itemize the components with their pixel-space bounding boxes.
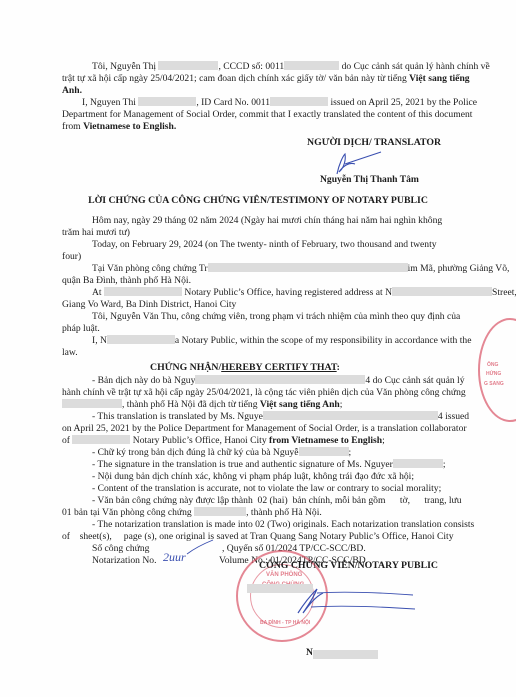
office-vn-line-1: Tại Văn phòng công chứng Trim Mã, phường…	[92, 263, 509, 275]
item1-en-line-3: of Notary Public’s Office, Hanoi City fr…	[62, 435, 385, 447]
text: Notary Public’s Office, having registere…	[182, 287, 392, 298]
text: - The signature in the translation is tr…	[92, 459, 393, 470]
translator-en-line-1: I, Nguyen Thi , ID Card No. 0011 issued …	[82, 97, 477, 109]
text: trật tự xã hội cấp ngày 25/04/2021; cam …	[62, 73, 409, 84]
redacted-address	[392, 287, 492, 296]
redacted-name	[393, 459, 443, 468]
redacted-name	[158, 61, 218, 70]
text: , thành phố Hà Nội.	[246, 507, 322, 518]
text: of	[62, 435, 72, 446]
text: 4 issued	[438, 411, 469, 422]
notarization-no-label: Notarization No.	[92, 555, 156, 567]
redacted-office	[104, 287, 182, 296]
notary-signature-icon	[295, 585, 420, 620]
redacted-id	[284, 61, 339, 70]
item4-vn-line-2: 01 bản tại Văn phòng công chứng , thành …	[62, 507, 322, 519]
text: - Chữ ký trong bản dịch đúng là chữ ký c…	[92, 447, 299, 458]
text: 4 do Cục cảnh sát quản lý	[365, 375, 464, 386]
office-en-line-1: At Notary Public’s Office, having regist…	[92, 287, 516, 299]
item1-vn-line-2: hành chính về trật tự xã hội cấp ngày 25…	[62, 387, 466, 399]
edge-seal-icon	[478, 318, 516, 422]
text: HEREBY CERTIFY THAT	[221, 362, 336, 373]
text: ;	[382, 435, 385, 446]
notary-vn-line-1: Tôi, Nguyễn Văn Thu, công chứng viên, tr…	[92, 311, 460, 323]
text: ;	[349, 447, 352, 458]
item4-vn-line-1: - Văn bản công chứng này được lập thành …	[92, 495, 462, 507]
redacted-name	[195, 375, 365, 384]
item1-vn-line-3: , thành phố Hà Nội đã dịch từ tiếng Việt…	[62, 399, 342, 411]
redacted-office	[72, 435, 130, 444]
edge-seal-text: ÔNG	[487, 362, 498, 368]
notary-vn-line-2: pháp luật.	[62, 323, 100, 335]
item1-en-line-2: on April 25, 2021 by the Police Departme…	[62, 423, 467, 435]
date-vn-line-2: trăm hai mươi tư)	[62, 227, 130, 239]
text: do Cục cảnh sát quản lý hành chính về	[339, 61, 490, 72]
item2-en: - The signature in the translation is tr…	[92, 459, 446, 471]
text: Vietnamese to English.	[83, 121, 176, 132]
redacted-notary-name	[313, 650, 378, 659]
notary-heading: CÔNG CHỨNG VIÊN/NOTARY PUBLIC	[259, 560, 438, 572]
redacted-id	[270, 97, 328, 106]
text: At	[92, 287, 104, 298]
seal-ring-text: BA ĐÌNH - TP HÀ NỘI	[260, 620, 310, 626]
translator-en-line-2: Department for Management of Social Orde…	[62, 109, 472, 121]
text: :	[337, 362, 340, 373]
translator-heading: NGƯỜI DỊCH/ TRANSLATOR	[307, 137, 441, 149]
text: Street,	[492, 287, 516, 298]
redacted-office	[208, 263, 408, 272]
text: a Notary Public, within the scope of my …	[175, 335, 472, 346]
document-page: Tôi, Nguyễn Thị , CCCD số: 0011 do Cục c…	[0, 0, 516, 697]
text: from Vietnamese to English	[269, 435, 382, 446]
text: Việt sang tiếng Anh	[260, 399, 340, 410]
item3-vn: - Nội dung bản dịch chính xác, không vi …	[92, 471, 414, 483]
office-en-line-2: Giang Vo Ward, Ba Dinh District, Hanoi C…	[62, 299, 236, 311]
text: Tôi, Nguyễn Thị	[92, 61, 158, 72]
text: ;	[443, 459, 446, 470]
testimony-title: LỜI CHỨNG CỦA CÔNG CHỨNG VIÊN/TESTIMONY …	[0, 195, 516, 207]
translator-en-line-3: from Vietnamese to English.	[62, 121, 176, 133]
date-en-line-1: Today, on February 29, 2024 (on The twen…	[92, 239, 437, 251]
notary-en-line-1: I, Na Notary Public, within the scope of…	[92, 335, 471, 347]
redacted-name	[263, 411, 438, 420]
redacted-name	[138, 97, 196, 106]
redacted-name	[107, 335, 175, 344]
text: I, Nguyen Thi	[82, 97, 138, 108]
translator-vn-line-1: Tôi, Nguyễn Thị , CCCD số: 0011 do Cục c…	[92, 61, 490, 73]
text: Việt sang tiếng	[409, 73, 469, 84]
translator-name: Nguyễn Thị Thanh Tâm	[320, 174, 419, 186]
item4-en-line-1: - The notarization translation is made i…	[92, 519, 474, 531]
text: ;	[340, 399, 343, 410]
translator-vn-line-3: Anh.	[62, 85, 82, 97]
so-cong-chung-label: Số công chứng	[92, 543, 149, 555]
text: , ID Card No. 0011	[196, 97, 270, 108]
certify-heading: CHỨNG NHẬN/HEREBY CERTIFY THAT:	[150, 362, 340, 374]
item3-en: - Content of the translation is accurate…	[92, 483, 441, 495]
date-en-line-2: four)	[62, 251, 81, 263]
edge-seal-text: G SANG	[484, 381, 504, 387]
text: from	[62, 121, 83, 132]
item1-vn-line-1: - Bản dịch này do bà Nguy4 do Cục cảnh s…	[92, 375, 465, 387]
text: 01 bản tại Văn phòng công chứng	[62, 507, 194, 518]
item2-vn: - Chữ ký trong bản dịch đúng là chữ ký c…	[92, 447, 351, 459]
notarization-no-handwritten: 2uur	[163, 551, 186, 563]
text: Notary Public’s Office, Hanoi City	[130, 435, 269, 446]
text: , CCCD số: 0011	[218, 61, 284, 72]
office-vn-line-2: quận Ba Đình, thành phố Hà Nội.	[62, 275, 191, 287]
redacted-office	[62, 399, 122, 408]
text: I, N	[92, 335, 107, 346]
date-vn-line-1: Hôm nay, ngày 29 tháng 02 năm 2024 (Ngày…	[92, 215, 442, 227]
text: issued on April 25, 2021 by the Police	[328, 97, 477, 108]
edge-seal-text: HỨNG	[486, 371, 501, 377]
text: Tại Văn phòng công chứng Tr	[92, 263, 208, 274]
text: CHỨNG NHẬN/	[150, 362, 221, 373]
text: - Bản dịch này do bà Nguy	[92, 375, 195, 386]
item4-en-line-2: of sheet(s), page (s), one original is s…	[62, 531, 454, 543]
seal-text: VĂN PHÒNG	[266, 572, 302, 578]
redacted-office	[194, 507, 246, 516]
item1-en-line-1: - This translation is translated by Ms. …	[92, 411, 469, 423]
notary-en-line-2: law.	[62, 347, 78, 359]
translator-vn-line-2: trật tự xã hội cấp ngày 25/04/2021; cam …	[62, 73, 470, 85]
notary-name-initial: N	[306, 647, 313, 659]
redacted-name	[299, 447, 349, 456]
text: im Mã, phường Giảng Võ,	[408, 263, 510, 274]
pen-stroke-icon	[185, 538, 215, 556]
text: - This translation is translated by Ms. …	[92, 411, 263, 422]
text: , thành phố Hà Nội đã dịch từ tiếng	[122, 399, 260, 410]
